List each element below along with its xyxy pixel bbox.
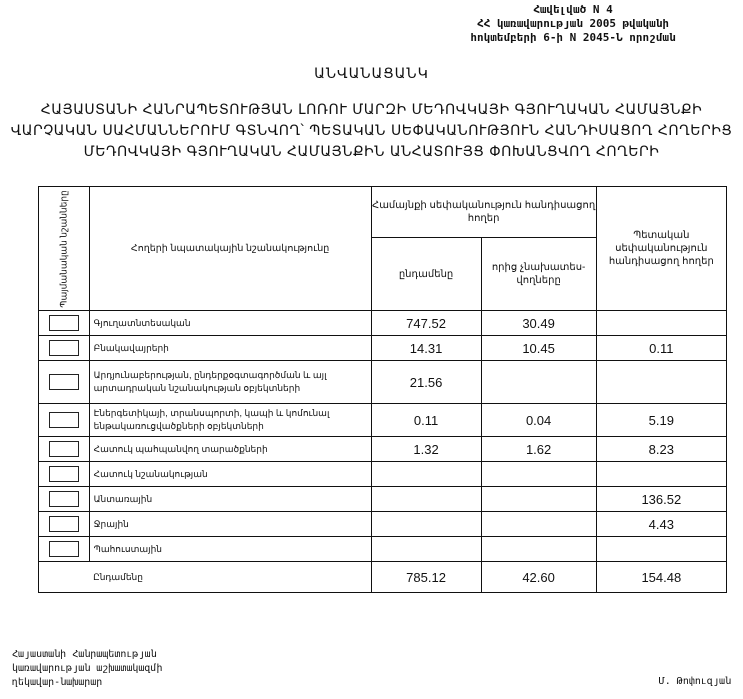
header-code: Պայմանական նշանները: [39, 187, 90, 311]
community-total: 0.11: [371, 404, 481, 437]
legend-symbol-cell: [39, 361, 90, 404]
annex-header: Հավելված N 4 ՀՀ կառավարության 2005 թվակա…: [423, 3, 723, 45]
legend-symbol-cell: [39, 487, 90, 512]
community-total: [371, 537, 481, 562]
community-total: 14.31: [371, 336, 481, 361]
community-of-which: [481, 361, 596, 404]
legend-symbol-cell: [39, 437, 90, 462]
community-total: [371, 462, 481, 487]
land-purpose: Անտառային: [89, 487, 371, 512]
state-owned: 5.19: [596, 404, 726, 437]
legend-symbol-box: [49, 315, 79, 331]
community-of-which: [481, 462, 596, 487]
legend-symbol-box: [49, 412, 79, 428]
community-total: 747.52: [371, 311, 481, 336]
community-of-which: 0.04: [481, 404, 596, 437]
land-purpose: Արդյունաբերության, ընդերքօգտագործման և ա…: [89, 361, 371, 404]
land-table: Պայմանական նշանները Հողերի նպատակային նշ…: [38, 186, 727, 593]
header-name: Հողերի նպատակային նշանակությունը: [89, 187, 371, 311]
table-row: Արդյունաբերության, ընդերքօգտագործման և ա…: [39, 361, 727, 404]
legend-symbol-cell: [39, 462, 90, 487]
document-title: ԱՆՎԱՆԱՑԱՆԿ: [0, 66, 743, 82]
community-of-which: [481, 537, 596, 562]
legend-symbol-cell: [39, 311, 90, 336]
community-total: [371, 512, 481, 537]
community-total: [371, 487, 481, 512]
totals-community-of-which: 42.60: [481, 562, 596, 593]
land-purpose: Հատուկ պահպանվող տարածքների: [89, 437, 371, 462]
land-purpose: Հատուկ նշանակության: [89, 462, 371, 487]
legend-symbol-cell: [39, 537, 90, 562]
legend-symbol-box: [49, 516, 79, 532]
totals-label: Ընդամենը: [89, 562, 371, 593]
legend-symbol-box: [49, 466, 79, 482]
subtitle-line-2: ՎԱՐՉԱԿԱՆ ՍԱՀՄԱՆՆԵՐՈՒՄ ԳՏՆՎՈՂ՝ ՊԵՏԱԿԱՆ ՍԵ…: [0, 121, 743, 142]
state-owned: 0.11: [596, 336, 726, 361]
totals-state-owned: 154.48: [596, 562, 726, 593]
community-total: 21.56: [371, 361, 481, 404]
totals-spacer: [39, 562, 90, 593]
header-of-which: որից չնախատես-վողները: [481, 238, 596, 311]
community-of-which: [481, 487, 596, 512]
totals-community-total: 785.12: [371, 562, 481, 593]
land-purpose: Բնակավայրերի: [89, 336, 371, 361]
state-owned: 136.52: [596, 487, 726, 512]
signer-position: Հայաստանի Հանրապետության կառավարության ա…: [12, 648, 163, 690]
header-community-group: Համայնքի սեփականություն հանդիսացող հողեր: [371, 187, 596, 238]
document-subtitle: ՀԱՅԱՍՏԱՆԻ ՀԱՆՐԱՊԵՏՈՒԹՅԱՆ ԼՈՌՈՒ ՄԱՐԶԻ ՄԵԴ…: [0, 100, 743, 163]
community-total: 1.32: [371, 437, 481, 462]
table-row: Գյուղատնտեսական747.5230.49: [39, 311, 727, 336]
table-row: Բնակավայրերի14.3110.450.11: [39, 336, 727, 361]
signer-position-line-1: Հայաստանի Հանրապետության: [12, 648, 163, 662]
signer-position-line-2: կառավարության աշխատակազմի: [12, 662, 163, 676]
legend-symbol-box: [49, 541, 79, 557]
table-row: Ջրային4.43: [39, 512, 727, 537]
state-owned: [596, 311, 726, 336]
legend-symbol-cell: [39, 336, 90, 361]
legend-symbol-box: [49, 491, 79, 507]
header-state: Պետական սեփականություն հանդիսացող հողեր: [596, 187, 726, 311]
signer-name: Մ. Թոփուզյան: [659, 676, 731, 687]
totals-row: Ընդամենը785.1242.60154.48: [39, 562, 727, 593]
land-purpose: Գյուղատնտեսական: [89, 311, 371, 336]
annex-decree: ՀՀ կառավարության 2005 թվականի: [423, 17, 723, 31]
community-of-which: 1.62: [481, 437, 596, 462]
community-of-which: 30.49: [481, 311, 596, 336]
table-row: Հատուկ նշանակության: [39, 462, 727, 487]
annex-number: Հավելված N 4: [423, 3, 723, 17]
state-owned: 8.23: [596, 437, 726, 462]
header-total: ընդամենը: [371, 238, 481, 311]
land-purpose: Էներգետիկայի, տրանսպորտի, կապի և կոմունա…: [89, 404, 371, 437]
table-row: Հատուկ պահպանվող տարածքների1.321.628.23: [39, 437, 727, 462]
annex-decree-date: հոկտեմբերի 6-ի N 2045-Ն որոշման: [423, 31, 723, 45]
legend-symbol-cell: [39, 512, 90, 537]
state-owned: [596, 462, 726, 487]
state-owned: [596, 361, 726, 404]
subtitle-line-3: ՄԵԴՈՎԿԱՅԻ ԳՅՈՒՂԱԿԱՆ ՀԱՄԱՅՆՔԻՆ ԱՆՀԱՏՈՒՅՑ …: [0, 142, 743, 163]
subtitle-line-1: ՀԱՅԱՍՏԱՆԻ ՀԱՆՐԱՊԵՏՈՒԹՅԱՆ ԼՈՌՈՒ ՄԱՐԶԻ ՄԵԴ…: [0, 100, 743, 121]
community-of-which: 10.45: [481, 336, 596, 361]
land-purpose: Ջրային: [89, 512, 371, 537]
table-row: Պահուստային: [39, 537, 727, 562]
land-purpose: Պահուստային: [89, 537, 371, 562]
table-row: Անտառային136.52: [39, 487, 727, 512]
legend-symbol-box: [49, 441, 79, 457]
legend-symbol-box: [49, 374, 79, 390]
legend-symbol-cell: [39, 404, 90, 437]
state-owned: 4.43: [596, 512, 726, 537]
table-row: Էներգետիկայի, տրանսպորտի, կապի և կոմունա…: [39, 404, 727, 437]
community-of-which: [481, 512, 596, 537]
state-owned: [596, 537, 726, 562]
signer-position-line-3: ղեկավար-նախարար: [12, 676, 163, 690]
legend-symbol-box: [49, 340, 79, 356]
